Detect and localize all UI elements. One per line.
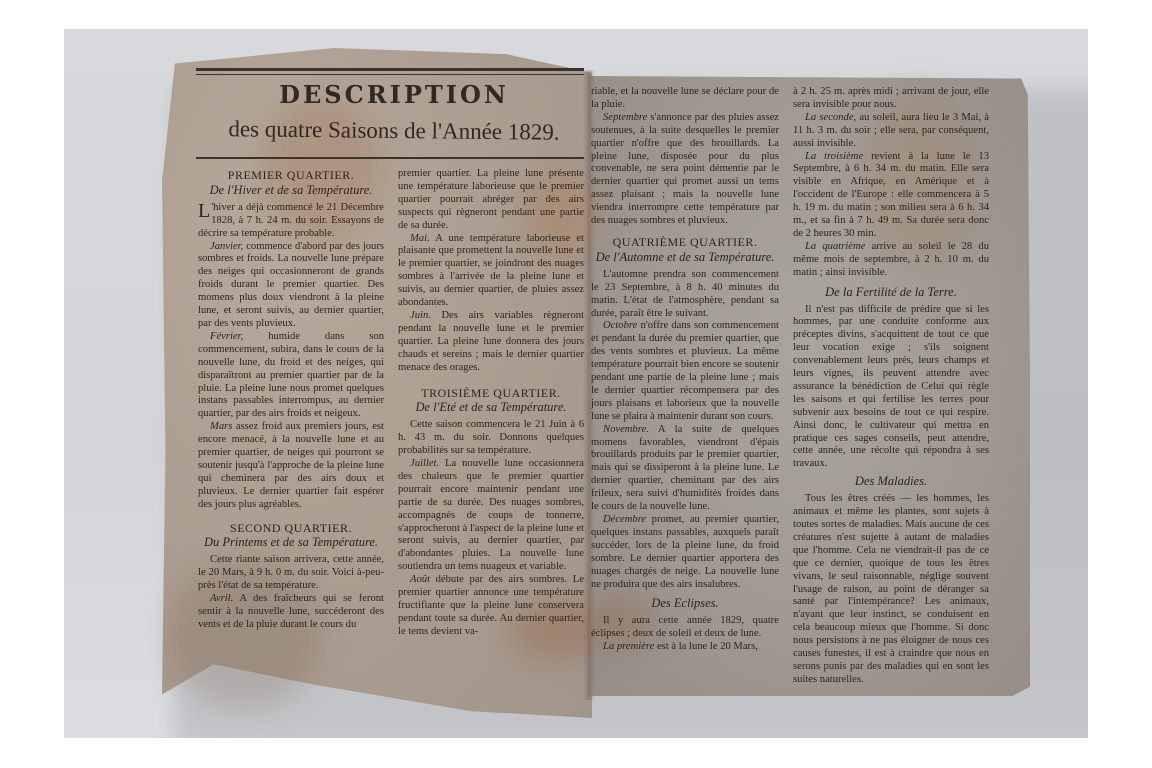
section-subheading: Du Printems et de sa Température. [198, 536, 384, 549]
paragraph: Tous les êtres créés — les hommes, les a… [793, 493, 989, 687]
paragraph: premier quartier. La pleine lune présent… [398, 168, 584, 233]
paragraph: riable, et la nouvelle lune se déclare p… [591, 86, 779, 112]
right-page-column-2: à 2 h. 25 m. après midi ; arrivant de jo… [793, 86, 989, 687]
paragraph: Cette riante saison arrivera, cette anné… [198, 554, 384, 593]
document-subtitle: des quatre Saisons de l'Année 1829. [196, 116, 592, 146]
title-rule-bottom [196, 157, 584, 159]
title-rule-top-thin [196, 74, 584, 75]
paragraph: Juin. Des airs variables règneront penda… [398, 310, 584, 375]
paragraph: La troisième revient à la lune le 13 Sep… [793, 151, 989, 241]
drop-cap: L [198, 203, 210, 219]
left-page-column-2: premier quartier. La pleine lune présent… [398, 168, 584, 639]
section-subheading: De l'Hiver et de sa Température. [198, 184, 384, 197]
title-rule-top [196, 68, 584, 71]
right-page-column-1: riable, et la nouvelle lune se déclare p… [591, 86, 779, 654]
paragraph: Décembre promet, au premier quartier, qu… [591, 514, 779, 591]
paragraph: Juillet. La nouvelle lune occasionnera d… [398, 458, 584, 574]
section-subheading: Des Maladies. [793, 475, 989, 488]
paragraph: Août débute par des airs sombres. Le pre… [398, 574, 584, 639]
section-subheading: De la Fertilité de la Terre. [793, 286, 989, 299]
paragraph: Il n'est pas difficile de prédire que si… [793, 304, 989, 472]
document-title: DESCRIPTION [196, 80, 592, 109]
paragraph: Novembre. A la suite de quelques momens … [591, 424, 779, 514]
paragraph: L'hiver a déjà commencé le 21 Décembre 1… [198, 202, 384, 241]
paragraph: Septembre s'annonce par des pluies assez… [591, 112, 779, 228]
paragraph: Cette saison commencera le 21 Juin à 6 h… [398, 419, 584, 458]
left-page-column-1: PREMIER QUARTIER. De l'Hiver et de sa Te… [198, 163, 384, 632]
paragraph: L'automne prendra son commencement le 23… [591, 269, 779, 321]
paragraph: La quatrième arrive au soleil le 28 du m… [793, 241, 989, 280]
paragraph: Il y aura cette année 1829, quatre éclip… [591, 615, 779, 641]
paragraph: Mai. A une température laborieuse et pla… [398, 233, 584, 310]
paragraph: à 2 h. 25 m. après midi ; arrivant de jo… [793, 86, 989, 112]
paragraph: La seconde, au soleil, aura lieu le 3 Ma… [793, 112, 989, 151]
section-subheading: Des Eclipses. [591, 597, 779, 610]
paragraph: Mars assez froid aux premiers jours, est… [198, 421, 384, 511]
paragraph: Avril. A des fraîcheurs qui se feront se… [198, 593, 384, 632]
section-subheading: De l'Automne et de sa Température. [591, 251, 779, 264]
paragraph: Février, humide dans son commencement, s… [198, 331, 384, 421]
paragraph: Octobre n'offre dans son commencement et… [591, 320, 779, 423]
section-subheading: De l'Eté et de sa Température. [398, 401, 584, 414]
section-heading: TROISIÈME QUARTIER. [398, 387, 584, 400]
section-heading: SECOND QUARTIER. [198, 522, 384, 535]
section-heading: QUATRIÈME QUARTIER. [591, 236, 779, 249]
paragraph: Janvier, commence d'abord par des jours … [198, 241, 384, 331]
section-heading: PREMIER QUARTIER. [198, 169, 384, 182]
paragraph: La première est à la lune le 20 Mars, [591, 641, 779, 654]
